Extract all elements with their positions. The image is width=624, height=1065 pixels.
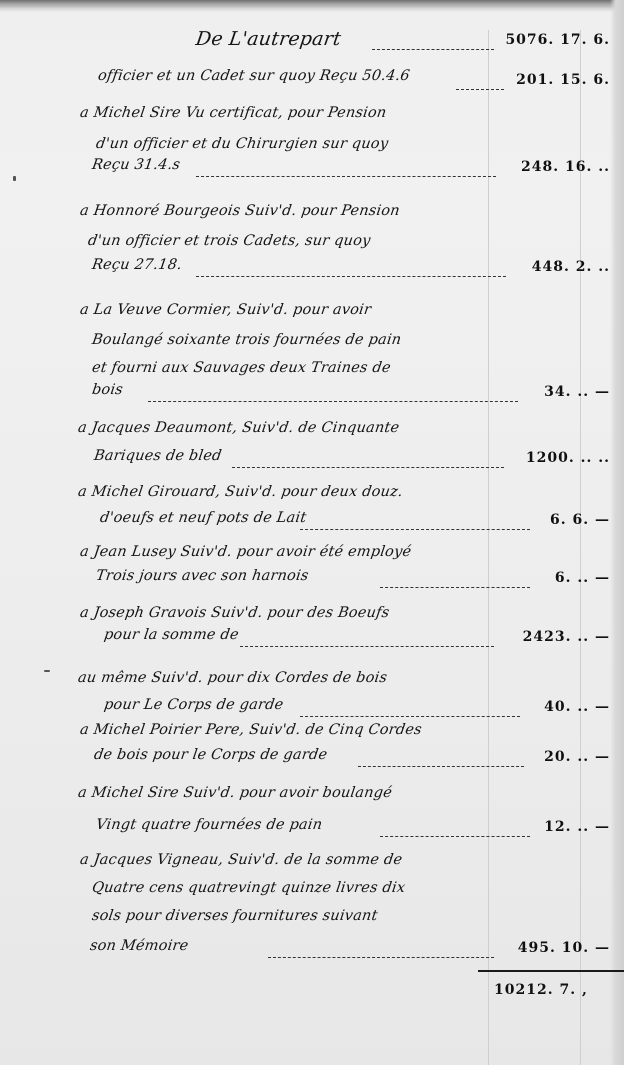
ledger-entry-continued: sols pour diverses fournitures suivant bbox=[0, 908, 624, 938]
ledger-entry-continued: Quatre cens quatrevingt quinze livres di… bbox=[0, 880, 624, 910]
entry-text: son Mémoire bbox=[89, 938, 190, 954]
entry-text: pour Le Corps de garde bbox=[103, 697, 285, 713]
entry-text: a Michel Sire Vu certificat, pour Pensio… bbox=[79, 105, 388, 121]
entry-text: Vingt quatre fournées de pain bbox=[95, 817, 323, 833]
entry-amount: 248. 16. .. bbox=[521, 159, 610, 175]
entry-text: a Jacques Vigneau, Suiv'd. de la somme d… bbox=[79, 852, 403, 868]
entry-text: de bois pour le Corps de garde bbox=[93, 747, 328, 763]
ledger-entry-continued: Boulangé soixante trois fournées de pain bbox=[0, 332, 624, 362]
total-rule bbox=[478, 970, 624, 972]
entry-text: a Michel Girouard, Suiv'd. pour deux dou… bbox=[77, 484, 404, 500]
carried-forward-label: De L'autrepart bbox=[194, 28, 342, 50]
ledger-entry: a Michel Sire Suiv'd. pour avoir boulang… bbox=[0, 785, 624, 815]
entry-text: Boulangé soixante trois fournées de pain bbox=[91, 332, 403, 348]
ledger-entry-continued: Reçu 31.4.s 248. 16. .. bbox=[0, 155, 624, 185]
entry-text: d'oeufs et neuf pots de Lait bbox=[99, 510, 308, 526]
entry-text: Trois jours avec son harnois bbox=[95, 568, 310, 584]
leader-dots bbox=[240, 645, 494, 647]
entry-text: a Michel Sire Suiv'd. pour avoir boulang… bbox=[77, 785, 393, 801]
leader-dots bbox=[358, 765, 524, 767]
entry-text: pour la somme de bbox=[103, 627, 240, 643]
ledger-entry-continued: pour la somme de 2423. .. — bbox=[0, 625, 624, 655]
leader-dots bbox=[148, 400, 518, 402]
leader-dots bbox=[232, 466, 504, 468]
entry-amount: 1200. .. .. bbox=[526, 450, 610, 466]
entry-text: sols pour diverses fournitures suivant bbox=[91, 908, 379, 924]
ledger-entry-continued: Trois jours avec son harnois 6. .. — bbox=[0, 566, 624, 596]
page-top-edge bbox=[0, 0, 624, 8]
ledger-entry: a Honnoré Bourgeois Suiv'd. pour Pension bbox=[0, 203, 624, 233]
ledger-entry: a La Veuve Cormier, Suiv'd. pour avoir bbox=[0, 302, 624, 332]
ledger-page: De L'autrepart 5076. 17. 6. officier et … bbox=[0, 0, 624, 1065]
entry-text: d'un officier et du Chirurgien sur quoy bbox=[95, 136, 389, 152]
carried-forward-line: De L'autrepart 5076. 17. 6. bbox=[0, 28, 624, 58]
entry-text: a Joseph Gravois Suiv'd. pour des Boeufs bbox=[79, 605, 391, 621]
ledger-entry-continued: bois 34. .. — bbox=[0, 380, 624, 410]
leader-dots bbox=[380, 835, 530, 837]
entry-text: officier et un Cadet sur quoy Reçu 50.4.… bbox=[97, 68, 411, 84]
leader-dots bbox=[196, 175, 496, 177]
entry-amount: 6. .. — bbox=[555, 570, 610, 586]
entry-text: a La Veuve Cormier, Suiv'd. pour avoir bbox=[79, 302, 372, 318]
ledger-entry: a Michel Sire Vu certificat, pour Pensio… bbox=[0, 105, 624, 135]
entry-text: a Michel Poirier Pere, Suiv'd. de Cinq C… bbox=[79, 722, 423, 738]
entry-amount: 12. .. — bbox=[544, 819, 610, 835]
entry-amount: 201. 15. 6. bbox=[516, 72, 610, 88]
leader-dots bbox=[268, 956, 494, 958]
entry-amount: 20. .. — bbox=[544, 749, 610, 765]
ledger-entry-continued: pour Le Corps de garde 40. .. — bbox=[0, 695, 624, 725]
entry-text: a Honnoré Bourgeois Suiv'd. pour Pension bbox=[79, 203, 401, 219]
ledger-entry-continued: Bariques de bled 1200. .. .. bbox=[0, 446, 624, 476]
ledger-entry: officier et un Cadet sur quoy Reçu 50.4.… bbox=[0, 68, 624, 98]
entry-text: Quatre cens quatrevingt quinze livres di… bbox=[91, 880, 406, 896]
entry-amount: 40. .. — bbox=[544, 699, 610, 715]
leader-dots bbox=[372, 48, 494, 50]
leader-dots bbox=[300, 715, 520, 717]
ledger-entry-continued: Reçu 27.18. 448. 2. .. bbox=[0, 255, 624, 285]
leader-dots bbox=[380, 586, 530, 588]
leader-dots bbox=[456, 88, 504, 90]
entry-amount: 448. 2. .. bbox=[532, 259, 610, 275]
ledger-entry-continued: d'oeufs et neuf pots de Lait 6. 6. — bbox=[0, 508, 624, 538]
carried-forward-amount: 5076. 17. 6. bbox=[505, 32, 610, 48]
ledger-entry-continued: de bois pour le Corps de garde 20. .. — bbox=[0, 745, 624, 775]
entry-amount: 6. 6. — bbox=[550, 512, 610, 528]
ledger-entry-continued: son Mémoire 495. 10. — bbox=[0, 936, 624, 966]
entry-amount: 34. .. — bbox=[544, 384, 610, 400]
ledger-entry-continued: Vingt quatre fournées de pain 12. .. — bbox=[0, 815, 624, 845]
entry-text: a Jacques Deaumont, Suiv'd. de Cinquante bbox=[77, 420, 401, 436]
leader-dots bbox=[196, 275, 506, 277]
entry-amount: 2423. .. — bbox=[523, 629, 610, 645]
entry-text: au même Suiv'd. pour dix Cordes de bois bbox=[77, 670, 388, 686]
entry-text: bois bbox=[91, 382, 124, 398]
entry-amount: 495. 10. — bbox=[518, 940, 610, 956]
entry-text: et fourni aux Sauvages deux Traines de bbox=[91, 360, 392, 376]
entry-text: Reçu 27.18. bbox=[91, 257, 183, 273]
leader-dots bbox=[300, 528, 530, 530]
entry-text: a Jean Lusey Suiv'd. pour avoir été empl… bbox=[79, 544, 412, 560]
entry-text: Bariques de bled bbox=[93, 448, 223, 464]
entry-text: d'un officier et trois Cadets, sur quoy bbox=[87, 233, 372, 249]
entry-text: Reçu 31.4.s bbox=[91, 157, 181, 173]
grand-total: 10212. 7. , bbox=[494, 982, 588, 998]
ledger-entry: a Jacques Vigneau, Suiv'd. de la somme d… bbox=[0, 852, 624, 882]
